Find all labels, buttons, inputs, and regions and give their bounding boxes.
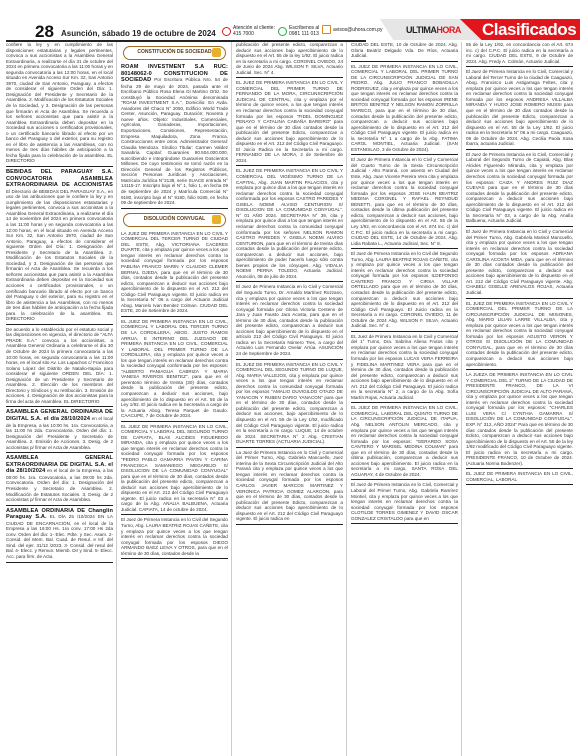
ad-body: El Juez de Primera Instancia en lo Civil… bbox=[351, 157, 458, 245]
classified-ad: EL JUEZ DE PRIMERA INSTANCIA EN LO CIVIL… bbox=[466, 301, 573, 371]
classified-ad: ASAMBLEA GENERAL EXTRAORDINARIA DE DIGIT… bbox=[6, 455, 113, 505]
classified-ad: EL Juez de Primera Instancia en lo Civil… bbox=[351, 334, 458, 404]
classified-ad: LA JUEZA DE PRIMERA INSTANCIA EN LO CIVI… bbox=[466, 372, 573, 469]
ad-body: El Juez de Primera Instancia en lo Civil… bbox=[466, 152, 573, 224]
classified-ad: confiere la ley y en cumplimiento de las… bbox=[6, 42, 113, 167]
classified-ad: El Juez de Primera Instancia en lo Civil… bbox=[351, 251, 458, 332]
classified-ad: El Juez de Primera Instancia en lo Civil… bbox=[121, 517, 228, 559]
column-3: publicación del presente edicto, compare… bbox=[236, 42, 347, 756]
phone-icon bbox=[222, 27, 231, 36]
classified-ad: El Juez de Primera Instancia en lo Civil… bbox=[466, 69, 573, 150]
ad-body: CIUDAD DEL ESTE, 10 de Octubre de 2024. … bbox=[351, 42, 458, 58]
classified-ad: 55 de la Ley 1/92, en concordancia con e… bbox=[466, 42, 573, 67]
section-header-constitucion: Constitución de Sociedad bbox=[123, 46, 226, 60]
classified-ad: EL JUEZ DE PRIMERA INSTANCIA EN LO CIVIL… bbox=[236, 168, 343, 282]
ad-body: EL DÍA 25 /10/2024 EN LA CIUDAD DE ENCAR… bbox=[6, 514, 113, 559]
classified-ad: ROAM INVESTMENT S.A RUC: 80148062-0 CONS… bbox=[121, 64, 228, 209]
ad-body: La Juez de Primera Instancia en lo Civil… bbox=[236, 450, 343, 522]
logo-part1: ULTIMA bbox=[406, 25, 436, 35]
ad-body: El Juez de Primera Instancia en lo Civil… bbox=[236, 284, 343, 356]
contact-email: avisos@uhora.com.py bbox=[322, 25, 383, 34]
section-header-disolucion: Disolución Conyugal bbox=[123, 213, 226, 227]
ad-body: EL JUEZ DE PRIMERA INSTANCIA EN LO CIVIL… bbox=[466, 301, 573, 367]
mail-icon bbox=[322, 25, 331, 34]
classified-ad: EL JUEZ DE PRIMERA INSTANCIA EN LO CIVIL… bbox=[236, 80, 343, 166]
contact-value: 0981 111 013 bbox=[289, 31, 319, 37]
ad-body: EL JUEZ DE PRIMERA INSTANCIA EN LO CIVIL… bbox=[351, 405, 458, 477]
ad-body: 55 de la Ley 1/92, en concordancia con e… bbox=[466, 42, 573, 64]
ad-body: De acuerdo a lo establecido por el estat… bbox=[6, 327, 113, 404]
ad-body: El Directorio de BEBIDAS DEL PARAGUAY S.… bbox=[6, 189, 113, 322]
classified-ad: El Juez de Primera Instancia en lo Civil… bbox=[466, 229, 573, 299]
ad-body: El Juez de Primera Instancia en lo Civil… bbox=[121, 517, 228, 555]
classifieds-columns: confiere la ley y en cumplimiento de las… bbox=[6, 42, 576, 756]
ad-body: EL JUEZ DE PRIMERA INSTANCIA EN LO CIVIL… bbox=[121, 424, 228, 512]
ad-body: EL Juez de Primera Instancia en lo Civil… bbox=[351, 334, 458, 400]
page-header: 28 Asunción, sábado 19 de octubre de 202… bbox=[0, 0, 580, 40]
page-number: 28 bbox=[35, 22, 54, 42]
classified-ad: EL JUEZ DE PRIMERA INSTANCIA EN LO CIVIL… bbox=[121, 424, 228, 516]
ad-body: LA JUEZ DE PRIMERA INSTANCIA EN LO CIVIL… bbox=[121, 231, 228, 314]
column-5: 55 de la Ley 1/92, en concordancia con e… bbox=[466, 42, 576, 756]
ad-body: El Juez de Primera Instancia en lo Civil… bbox=[351, 482, 458, 520]
classified-ad: La Juez de Primera Instancia en lo Civil… bbox=[236, 450, 343, 525]
classified-ad: publicación del presente edicto, compare… bbox=[236, 42, 343, 78]
pencil-icon bbox=[212, 215, 221, 224]
contact-phone: Atención al cliente:415 7000 bbox=[222, 25, 275, 37]
brand-bar: ULTIMAHORA Clasificados bbox=[380, 19, 580, 40]
ad-body: EL JUEZ DE PRIMERA INSTANCIA EN LO CIVIL… bbox=[236, 168, 343, 278]
ad-body: publicación del presente edicto, compare… bbox=[236, 42, 343, 75]
ad-body: El Juez de Primera Instancia en lo Civil… bbox=[351, 251, 458, 328]
classified-ad: El Juez de Primera Instancia en lo Civil… bbox=[236, 284, 343, 359]
ad-body: EL JUEZ DE PRIMERA INSTANCIA EN LO CIVIL… bbox=[351, 64, 458, 152]
classified-ad: EL JUEZ DE PRIMERA INSTANCIA EN LO CIVIL… bbox=[236, 362, 343, 448]
logo-part2: HORA bbox=[436, 25, 461, 35]
contact-whatsapp: Escríbenos al0981 111 013 bbox=[278, 25, 319, 37]
ad-body: Por Escritura Pública Nro. 54 de fecha 2… bbox=[121, 77, 228, 205]
classified-ad: EL JUEZ DE PRIMERA INSTANCIA EN LO CIVIL… bbox=[466, 471, 573, 485]
ad-body: EL JUEZ DE PRIMERA INSTANCIA EN LO CIVIL… bbox=[236, 80, 343, 163]
classified-ad: ASAMBLEA GENERAL ORDINARIA DE DIGITAL S.… bbox=[6, 409, 113, 453]
section-title: Clasificados bbox=[482, 20, 576, 40]
ad-body: El Juez de Primera Instancia en lo Civil… bbox=[466, 69, 573, 146]
ad-body: LA JUEZA DE PRIMERA INSTANCIA EN LO CIVI… bbox=[466, 372, 573, 466]
classified-ad: BEBIDAS DEL PARAGUAY S.A. CONVOCATORIA A… bbox=[6, 169, 113, 325]
contact-value: 415 7000 bbox=[233, 31, 275, 37]
ad-body: EL JUEZ DE PRIMERA INSTANCIA EN LO CIVIL… bbox=[466, 471, 573, 482]
publication-date: Asunción, sábado 19 de octubre de 2024 bbox=[61, 29, 216, 38]
classified-ad: EL JUEZ DE PRIMERA INSTANCIA EN LO CIVIL… bbox=[351, 405, 458, 480]
ultimahora-logo: ULTIMAHORA bbox=[406, 25, 461, 35]
classified-ad: ASAMBLEA ORDINARIA DE Changlin Paraguay … bbox=[6, 508, 113, 563]
classified-ad: El Juez de Primera Instancia en lo Civil… bbox=[351, 482, 458, 524]
classified-ad: El Juez de Primera Instancia en lo Civil… bbox=[351, 157, 458, 249]
ad-body: El Juez de Primera Instancia en lo Civil… bbox=[466, 229, 573, 295]
classified-ad: EL JUEZ DE PRIMERA INSTANCIA EN LO CIVIL… bbox=[351, 64, 458, 156]
classified-ad: El Juez de Primera Instancia en lo Civil… bbox=[466, 152, 573, 227]
classified-ad: EL JUEZ DE PRIMERA INSTANCIA EN LO CIVIL… bbox=[121, 319, 228, 422]
classified-ad: CIUDAD DEL ESTE, 10 de Octubre de 2024. … bbox=[351, 42, 458, 62]
column-4: CIUDAD DEL ESTE, 10 de Octubre de 2024. … bbox=[351, 42, 462, 756]
column-1: confiere la ley y en cumplimiento de las… bbox=[6, 42, 117, 756]
column-2: Constitución de SociedadROAM INVESTMENT … bbox=[121, 42, 232, 756]
classified-ad: LA JUEZ DE PRIMERA INSTANCIA EN LO CIVIL… bbox=[121, 231, 228, 317]
ad-title: BEBIDAS DEL PARAGUAY S.A. CONVOCATORIA A… bbox=[6, 169, 113, 188]
ad-body: EL JUEZ DE PRIMERA INSTANCIA EN LO CIVIL… bbox=[236, 362, 343, 445]
whatsapp-icon bbox=[278, 27, 287, 36]
contact-value: avisos@uhora.com.py bbox=[333, 27, 383, 33]
tag-icon bbox=[212, 48, 221, 57]
ad-body: confiere la ley y en cumplimiento de las… bbox=[6, 42, 113, 163]
ad-body: EL JUEZ DE PRIMERA INSTANCIA EN LO CIVIL… bbox=[121, 319, 228, 418]
classified-ad: De acuerdo a lo establecido por el estat… bbox=[6, 327, 113, 408]
